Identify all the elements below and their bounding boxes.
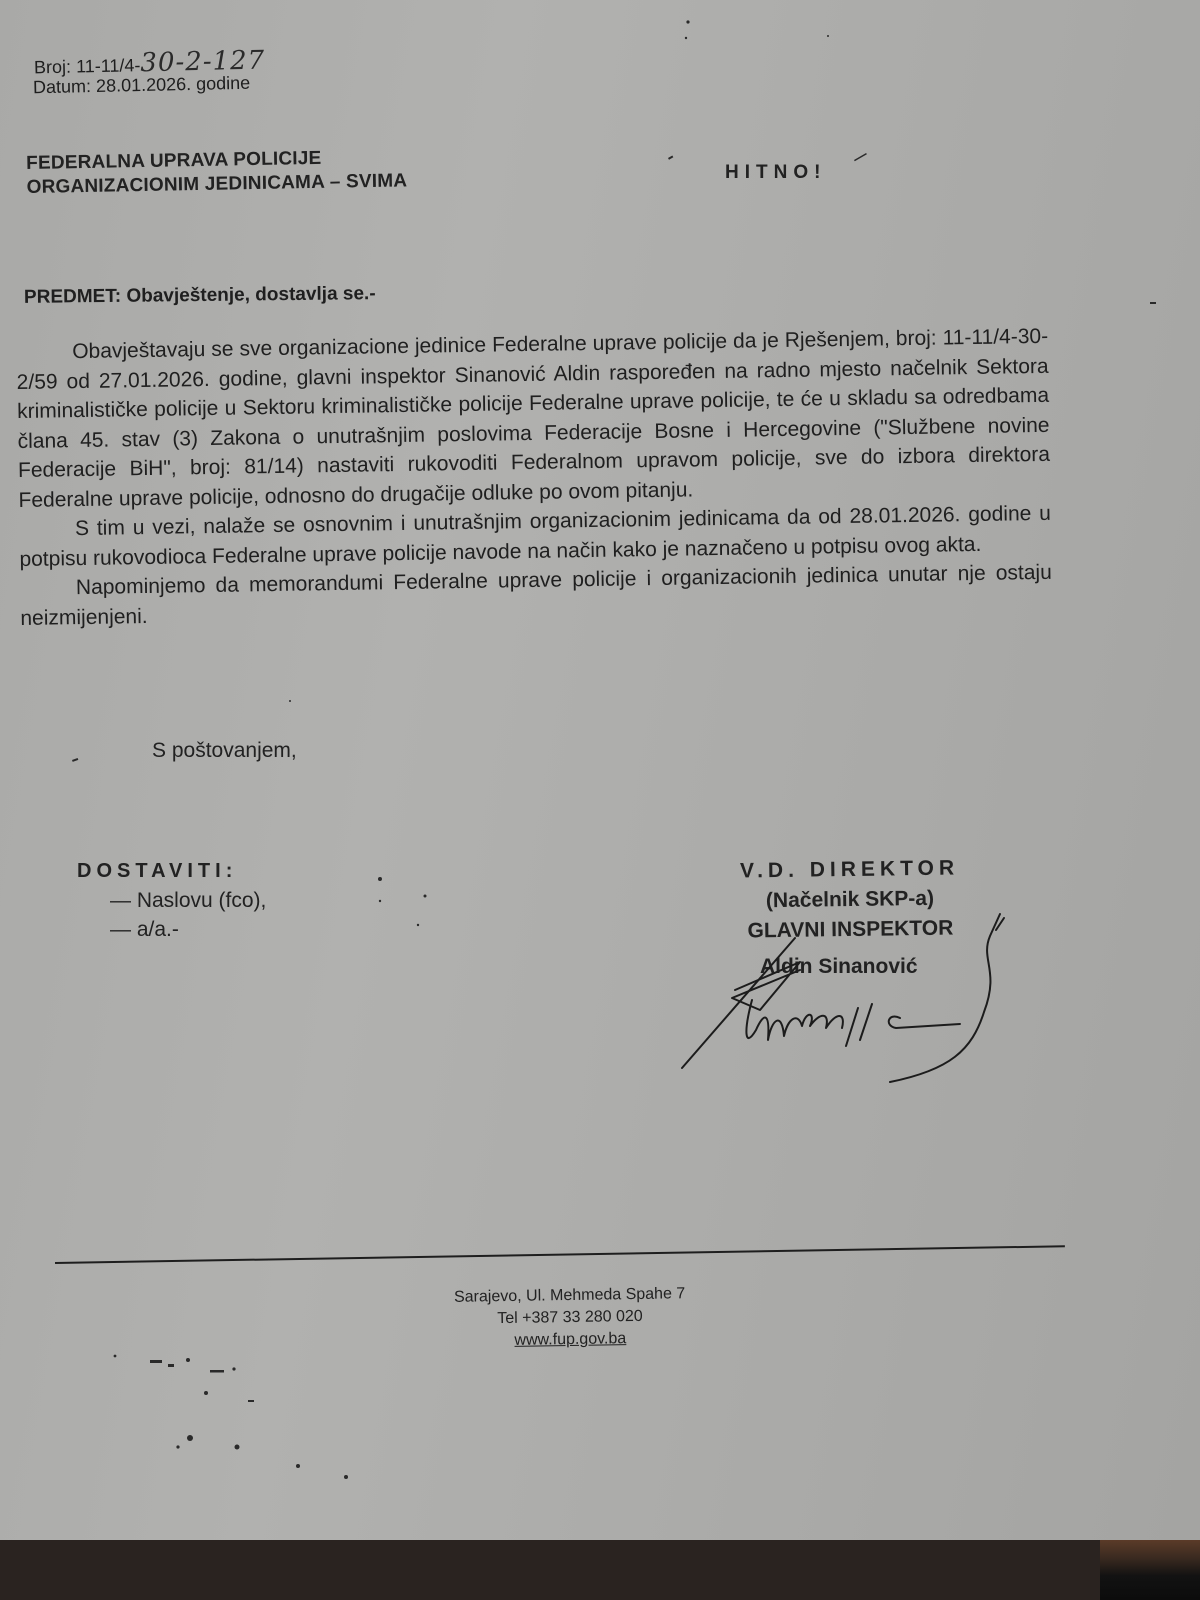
document-page: Broj: 11-11/4-30-2-127 Datum: 28.01.2026…	[0, 0, 1200, 1540]
toner-specks	[0, 0, 1200, 1540]
desk-surface	[1100, 1540, 1200, 1600]
